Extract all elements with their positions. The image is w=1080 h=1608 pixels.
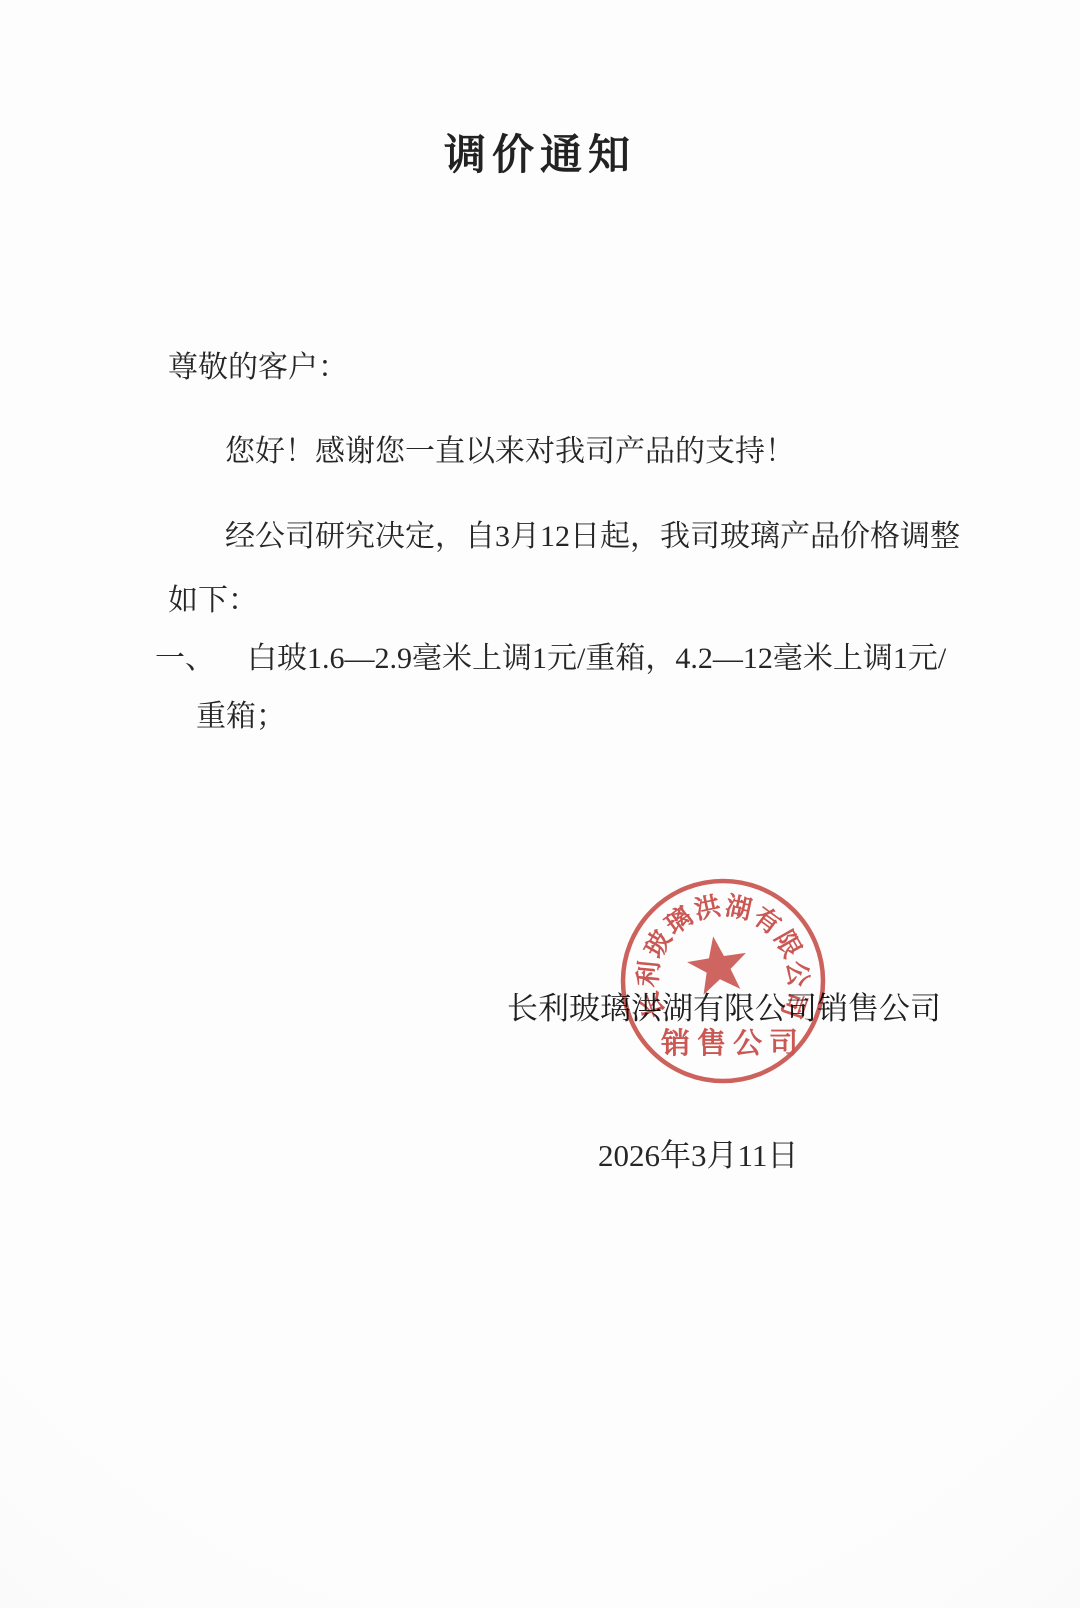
seal-star-icon [684, 932, 752, 997]
body-paragraph-line-2: 如下： [168, 583, 258, 619]
company-seal-stamp: 长利玻璃洪湖有限公司 销售公司 [610, 868, 836, 1094]
notice-title: 调价通知 [0, 122, 1080, 182]
salutation-line: 尊敬的客户： [168, 350, 348, 386]
list-item-1-line-1: 一、白玻1.6—2.9毫米上调1元/重箱，4.2—12毫米上调1元/ [155, 641, 946, 677]
list-item-1-text: 白玻1.6—2.9毫米上调1元/重箱，4.2—12毫米上调1元/ [247, 642, 946, 675]
list-item-1-line-2: 重箱； [196, 699, 286, 735]
notice-date: 2026年3月11日 [598, 1130, 798, 1175]
scanned-notice-page: 调价通知 尊敬的客户： 您好！感谢您一直以来对我司产品的支持！ 经公司研究决定，… [0, 0, 1080, 1608]
seal-bottom-text: 销售公司 [661, 1026, 805, 1060]
body-paragraph-line-1: 经公司研究决定，自3月12日起，我司玻璃产品价格调整 [225, 519, 960, 555]
list-item-1-marker: 一、 [155, 641, 215, 677]
greeting-line: 您好！感谢您一直以来对我司产品的支持！ [225, 434, 795, 470]
